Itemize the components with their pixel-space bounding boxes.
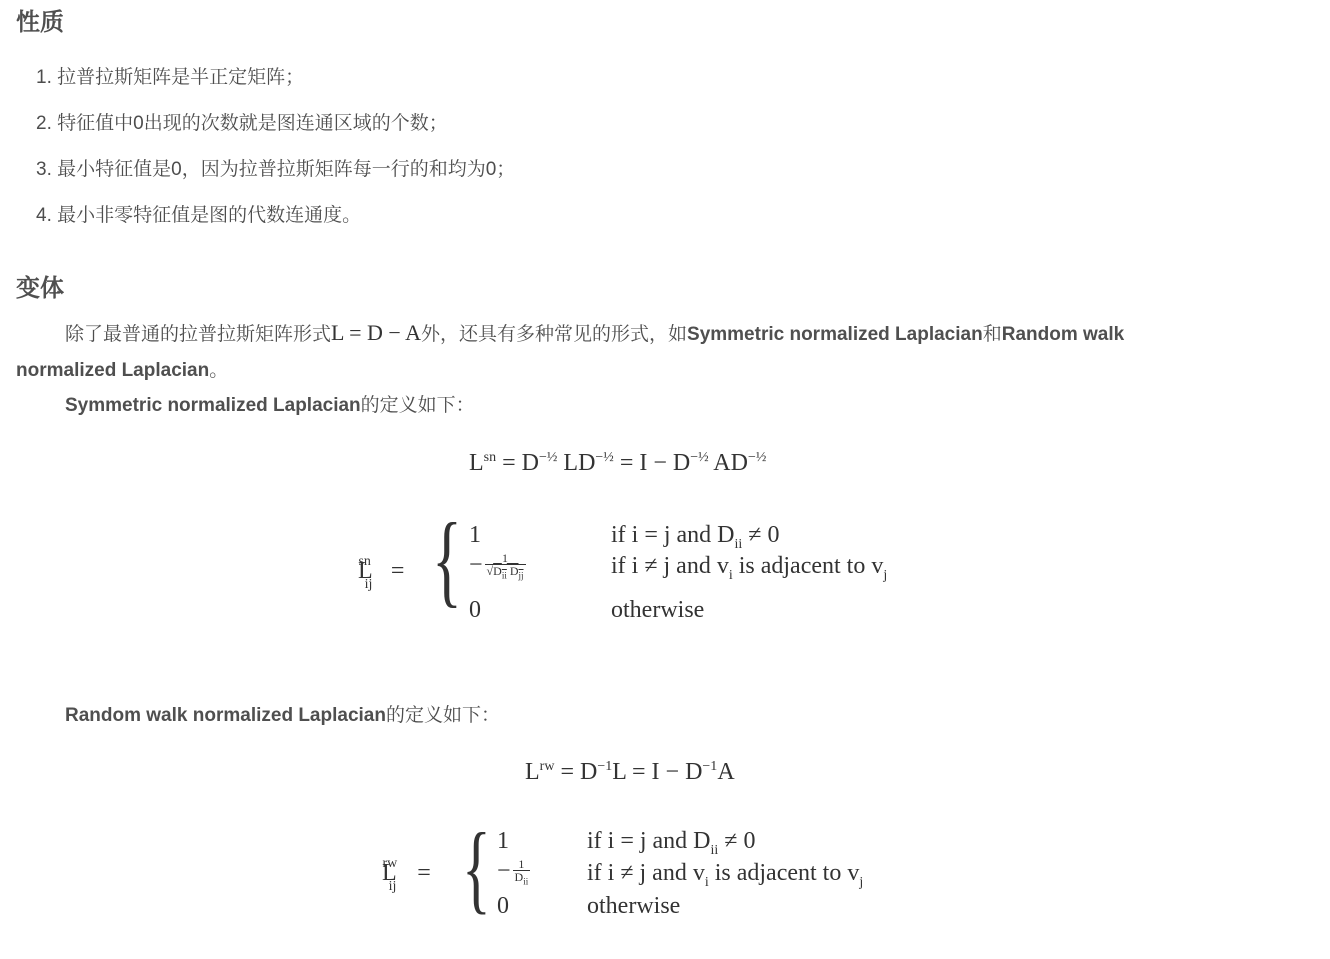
bold-term: Symmetric normalized Laplacian: [65, 395, 361, 416]
case-value: 0: [497, 893, 509, 920]
section-title-variants: 变体: [16, 268, 64, 303]
list-item: 3. 最小特征值是0，因为拉普拉斯矩阵每一行的和均为0；: [36, 154, 515, 181]
text: 。: [209, 360, 228, 381]
text: 的定义如下：: [361, 395, 475, 416]
case-condition: otherwise: [611, 597, 704, 624]
case-value: 1: [469, 522, 481, 549]
case-condition: if i = j and Dii ≠ 0: [587, 828, 755, 859]
bold-term: normalized Laplacian: [16, 360, 209, 381]
brace-icon: {: [462, 818, 491, 918]
formula-sym-lhs: Lijsn =: [358, 558, 404, 589]
intro-paragraph: 除了最普通的拉普拉斯矩阵形式L = D − A外，还具有多种常见的形式，如Sym…: [65, 319, 1124, 346]
text: 和: [983, 324, 1002, 345]
text: ≠ 0: [742, 522, 779, 548]
bold-term: Random walk: [1002, 324, 1124, 345]
text: ≠ 0: [718, 828, 755, 854]
text: 的定义如下：: [386, 705, 500, 726]
text: if i ≠ j and v: [587, 860, 705, 886]
bold-term: Symmetric normalized Laplacian: [687, 324, 983, 345]
formula-rw-lhs: Lijrw =: [382, 860, 431, 891]
text: is adjacent to v: [709, 860, 860, 886]
formula-sym-def: Lsn = D−½ LD−½ = I − D−½ AD−½: [469, 450, 766, 477]
list-item: 4. 最小非零特征值是图的代数连通度。: [36, 200, 361, 227]
text: 外，还具有多种常见的形式，如: [421, 324, 687, 345]
case-value: −1√Dii Djj: [469, 552, 528, 581]
text: if i = j and D: [587, 828, 711, 854]
text: 除了最普通的拉普拉斯矩阵形式: [65, 324, 331, 345]
rw-heading: Random walk normalized Laplacian的定义如下：: [65, 700, 500, 727]
text: is adjacent to v: [733, 553, 884, 579]
brace-icon: {: [432, 508, 462, 612]
case-condition: otherwise: [587, 893, 680, 920]
case-value: −1Dii: [497, 858, 532, 887]
math-inline: L = D − A: [331, 320, 421, 345]
formula-rw-def: Lrw = D−1L = I − D−1A: [525, 759, 735, 786]
case-condition: if i = j and Dii ≠ 0: [611, 522, 779, 553]
text: if i ≠ j and v: [611, 553, 729, 579]
sym-heading: Symmetric normalized Laplacian的定义如下：: [65, 390, 475, 417]
intro-paragraph-cont: normalized Laplacian。: [16, 355, 228, 382]
list-item: 2. 特征值中0出现的次数就是图连通区域的个数；: [36, 108, 448, 135]
case-value: 1: [497, 828, 509, 855]
list-item: 1. 拉普拉斯矩阵是半正定矩阵；: [36, 62, 304, 89]
case-value: 0: [469, 597, 481, 624]
case-condition: if i ≠ j and vi is adjacent to vj: [587, 860, 863, 891]
text: if i = j and D: [611, 522, 735, 548]
section-title-properties: 性质: [16, 2, 64, 37]
case-condition: if i ≠ j and vi is adjacent to vj: [611, 553, 887, 584]
bold-term: Random walk normalized Laplacian: [65, 705, 386, 726]
